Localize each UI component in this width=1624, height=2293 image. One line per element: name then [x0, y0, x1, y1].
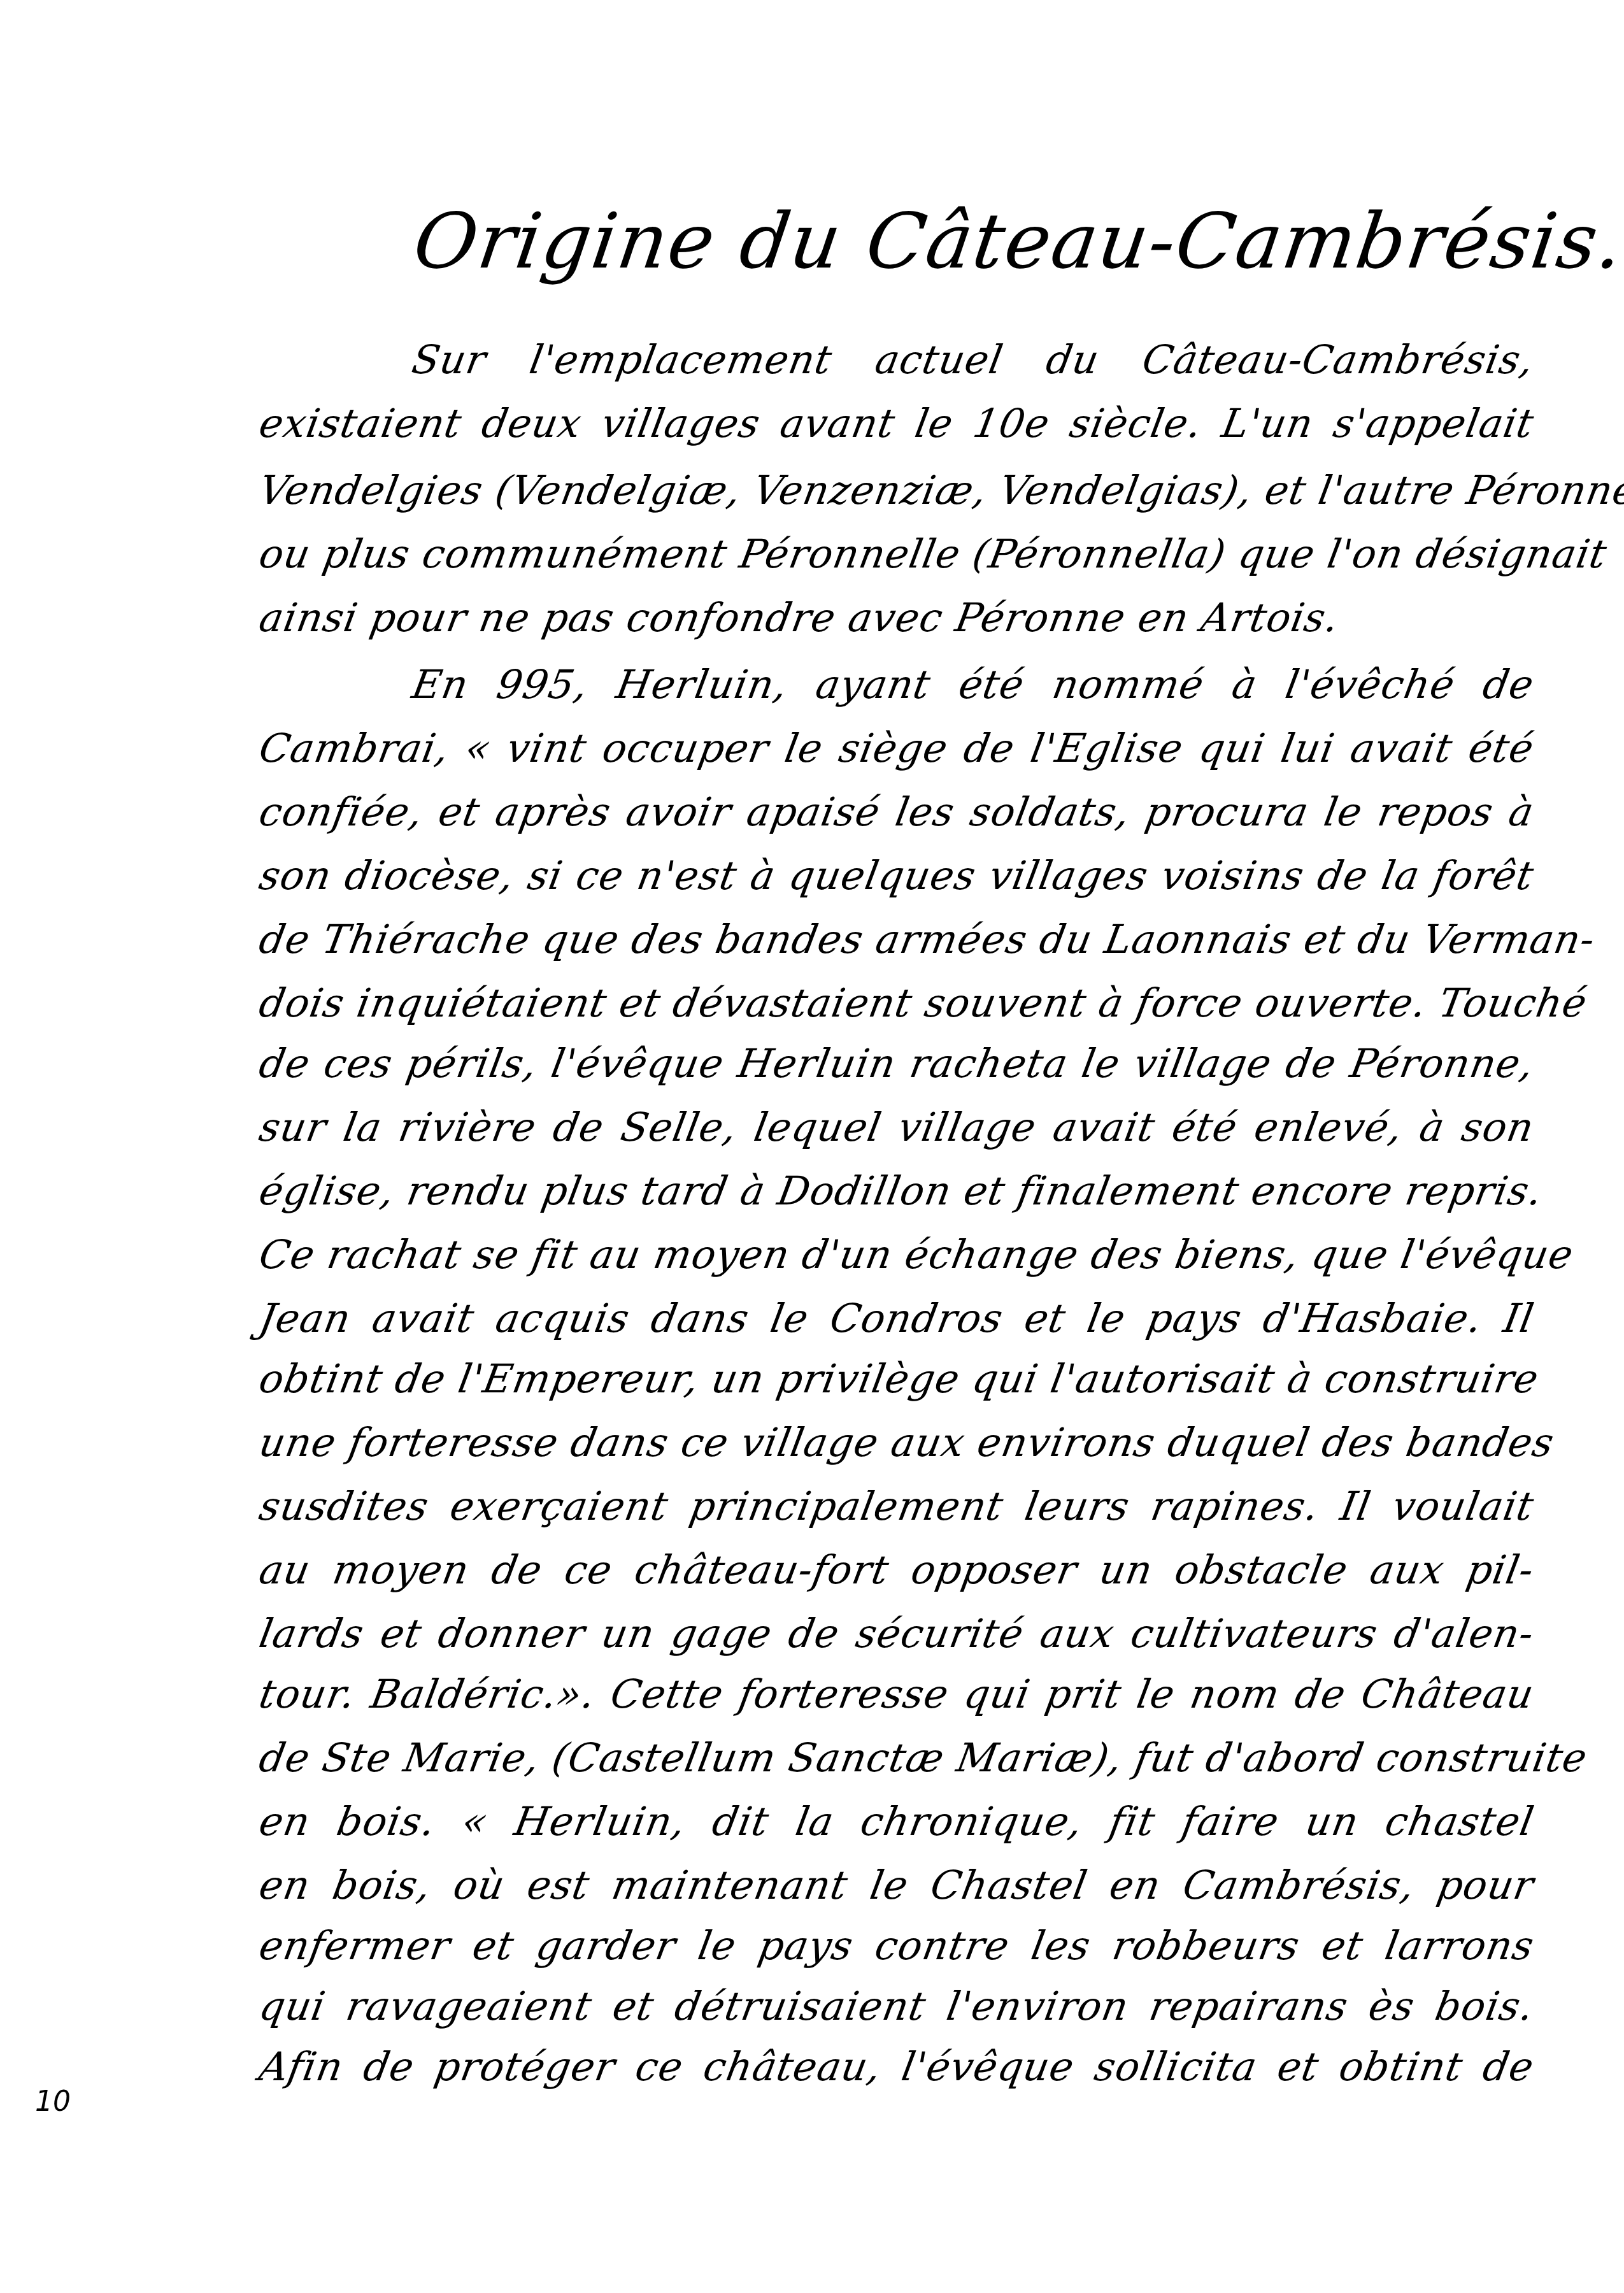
text-line: confiée, et après avoir apaisé les solda… — [255, 783, 1539, 841]
text-line: sur la rivière de Selle, lequel village … — [255, 1099, 1539, 1156]
text-line: ou plus communément Péronnelle (Péronnel… — [255, 525, 1539, 583]
text-line: qui ravageaient et détruisaient l'enviro… — [255, 1978, 1539, 2035]
text-line: au moyen de ce château-fort opposer un o… — [255, 1541, 1539, 1599]
page-title: Origine du Câteau-Cambrésis. — [408, 191, 1313, 293]
text-line: en bois. « Herluin, dit la chronique, fi… — [255, 1793, 1539, 1850]
text-line: ainsi pour ne pas confondre avec Péronne… — [255, 589, 1539, 646]
text-line: Vendelgies (Vendelgiæ, Venzenziæ, Vendel… — [255, 462, 1539, 519]
text-line: Afin de protéger ce château, l'évêque so… — [255, 2038, 1539, 2096]
text-line: en bois, où est maintenant le Chastel en… — [255, 1857, 1539, 1914]
text-line: son diocèse, si ce n'est à quelques vill… — [255, 847, 1539, 904]
text-line: obtint de l'Empereur, un privilège qui l… — [255, 1350, 1539, 1408]
text-line: Ce rachat se fit au moyen d'un échange d… — [255, 1226, 1539, 1283]
text-line: dois inquiétaient et dévastaient souvent… — [255, 975, 1539, 1032]
text-line: tour. Baldéric.». Cette forteresse qui p… — [255, 1666, 1539, 1723]
text-line: lards et donner un gage de sécurité aux … — [255, 1605, 1539, 1662]
text-line: En 995, Herluin, ayant été nommé à l'évê… — [408, 656, 1539, 713]
text-line: Sur l'emplacement actuel du Câteau-Cambr… — [408, 331, 1539, 389]
text-line: enfermer et garder le pays contre les ro… — [255, 1917, 1539, 1975]
text-line: de ces périls, l'évêque Herluin racheta … — [255, 1035, 1539, 1092]
manuscript-page: Origine du Câteau-Cambrésis. Sur l'empla… — [0, 0, 1624, 2293]
text-line: de Thiérache que des bandes armées du La… — [255, 911, 1539, 968]
text-line: Cambrai, « vint occuper le siège de l'Eg… — [255, 720, 1539, 777]
text-line: susdites exerçaient principalement leurs… — [255, 1478, 1539, 1535]
text-line: église, rendu plus tard à Dodillon et fi… — [255, 1162, 1539, 1220]
text-line: existaient deux villages avant le 10e si… — [255, 395, 1539, 452]
text-line: de Ste Marie, (Castellum Sanctæ Mariæ), … — [255, 1729, 1539, 1787]
text-line: une forteresse dans ce village aux envir… — [255, 1414, 1539, 1471]
text-line: Jean avait acquis dans le Condros et le … — [255, 1290, 1539, 1347]
page-number: 10 — [35, 2086, 71, 2118]
